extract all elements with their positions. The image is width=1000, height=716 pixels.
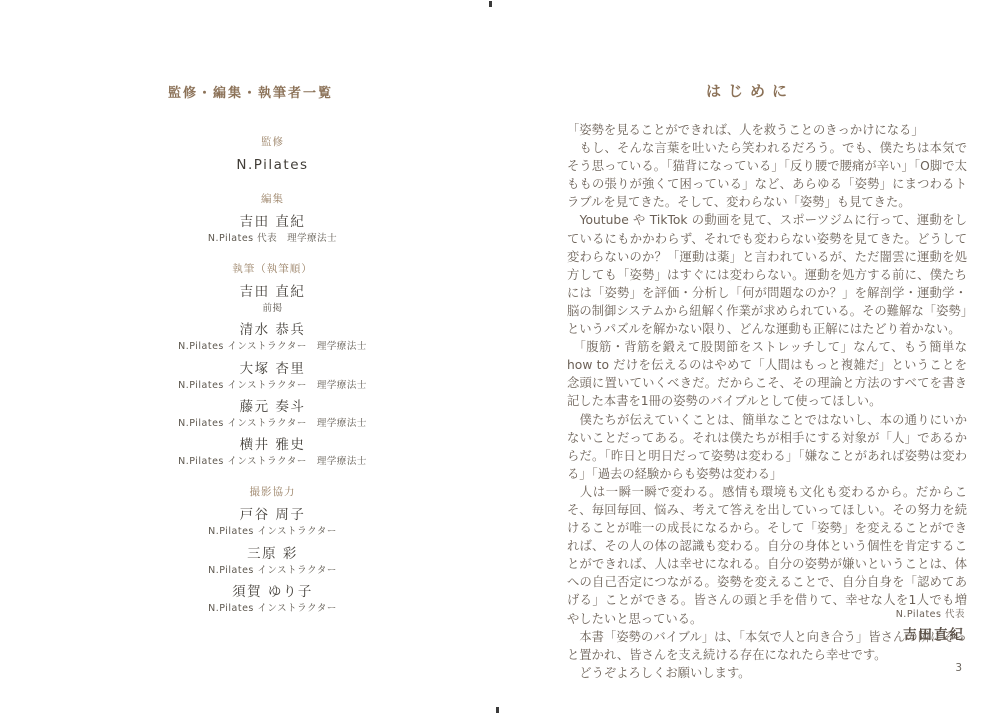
contributor-section: 撮影協力戸谷 周子N.Pilates インストラクター三原 彩N.Pilates… (95, 484, 450, 614)
person-title: N.Pilates インストラクター (95, 603, 450, 614)
signature-org: N.Pilates 代表 (896, 606, 965, 620)
intro-paragraph: 「腹筋・背筋を鍛えて股関節をストレッチして」なんて、もう簡単な how to だ… (567, 338, 967, 410)
signature-block: N.Pilates 代表 吉田直紀 (896, 606, 965, 643)
person-name: 清水 恭兵 (95, 322, 450, 339)
person-name: N.Pilates (95, 157, 450, 174)
contributor-section: 編集吉田 直紀N.Pilates 代表 理学療法士 (95, 191, 450, 244)
intro-paragraph: Youtube や TikTok の動画を見て、スポーツジムに行って、運動をして… (567, 211, 967, 338)
intro-paragraph: 僕たちが伝えていくことは、簡単なことではないし、本の通りにいかないことだってある… (567, 411, 967, 483)
person-title: N.Pilates インストラクター (95, 526, 450, 537)
person-title: N.Pilates インストラクター (95, 565, 450, 576)
section-label: 編集 (95, 191, 450, 206)
person-title: N.Pilates インストラクター 理学療法士 (95, 341, 450, 352)
contributor-section: 監修N.Pilates (95, 134, 450, 174)
person-name: 須賀 ゆり子 (95, 584, 450, 601)
contributor-section: 執筆（執筆順）吉田 直紀前掲清水 恭兵N.Pilates インストラクター 理学… (95, 261, 450, 467)
intro-heading: はじめに (500, 80, 1000, 101)
person-title: N.Pilates インストラクター 理学療法士 (95, 380, 450, 391)
contributor-sections: 監修N.Pilates編集吉田 直紀N.Pilates 代表 理学療法士執筆（執… (95, 134, 450, 631)
intro-body: 「姿勢を見ることができれば、人を救うことのきっかけになる」 もし、そんな言葉を吐… (567, 121, 967, 682)
person-name: 吉田 直紀 (95, 214, 450, 231)
right-page: はじめに 「姿勢を見ることができれば、人を救うことのきっかけになる」 もし、そん… (500, 0, 1000, 716)
book-spread: 監修・編集・執筆者一覧 監修N.Pilates編集吉田 直紀N.Pilates … (0, 0, 1000, 716)
page-number: 3 (955, 662, 962, 674)
section-label: 撮影協力 (95, 484, 450, 499)
intro-paragraph: 「姿勢を見ることができれば、人を救うことのきっかけになる」 (567, 121, 967, 139)
section-label: 監修 (95, 134, 450, 149)
person-title: N.Pilates 代表 理学療法士 (95, 233, 450, 244)
person-name: 吉田 直紀 (95, 284, 450, 301)
person-name: 大塚 杏里 (95, 361, 450, 378)
section-label: 執筆（執筆順） (95, 261, 450, 276)
intro-paragraph: もし、そんな言葉を吐いたら笑われるだろう。でも、僕たちは本気でそう思っている。「… (567, 139, 967, 211)
person-title: 前掲 (95, 303, 450, 314)
signature-name: 吉田直紀 (896, 623, 965, 643)
person-name: 横井 雅史 (95, 437, 450, 454)
person-title: N.Pilates インストラクター 理学療法士 (95, 456, 450, 467)
person-title: N.Pilates インストラクター 理学療法士 (95, 418, 450, 429)
person-name: 戸谷 周子 (95, 507, 450, 524)
intro-paragraph: どうぞよろしくお願いします。 (567, 664, 967, 682)
person-name: 藤元 奏斗 (95, 399, 450, 416)
person-name: 三原 彩 (95, 546, 450, 563)
left-page: 監修・編集・執筆者一覧 監修N.Pilates編集吉田 直紀N.Pilates … (0, 0, 500, 716)
credits-heading: 監修・編集・執筆者一覧 (168, 82, 333, 101)
